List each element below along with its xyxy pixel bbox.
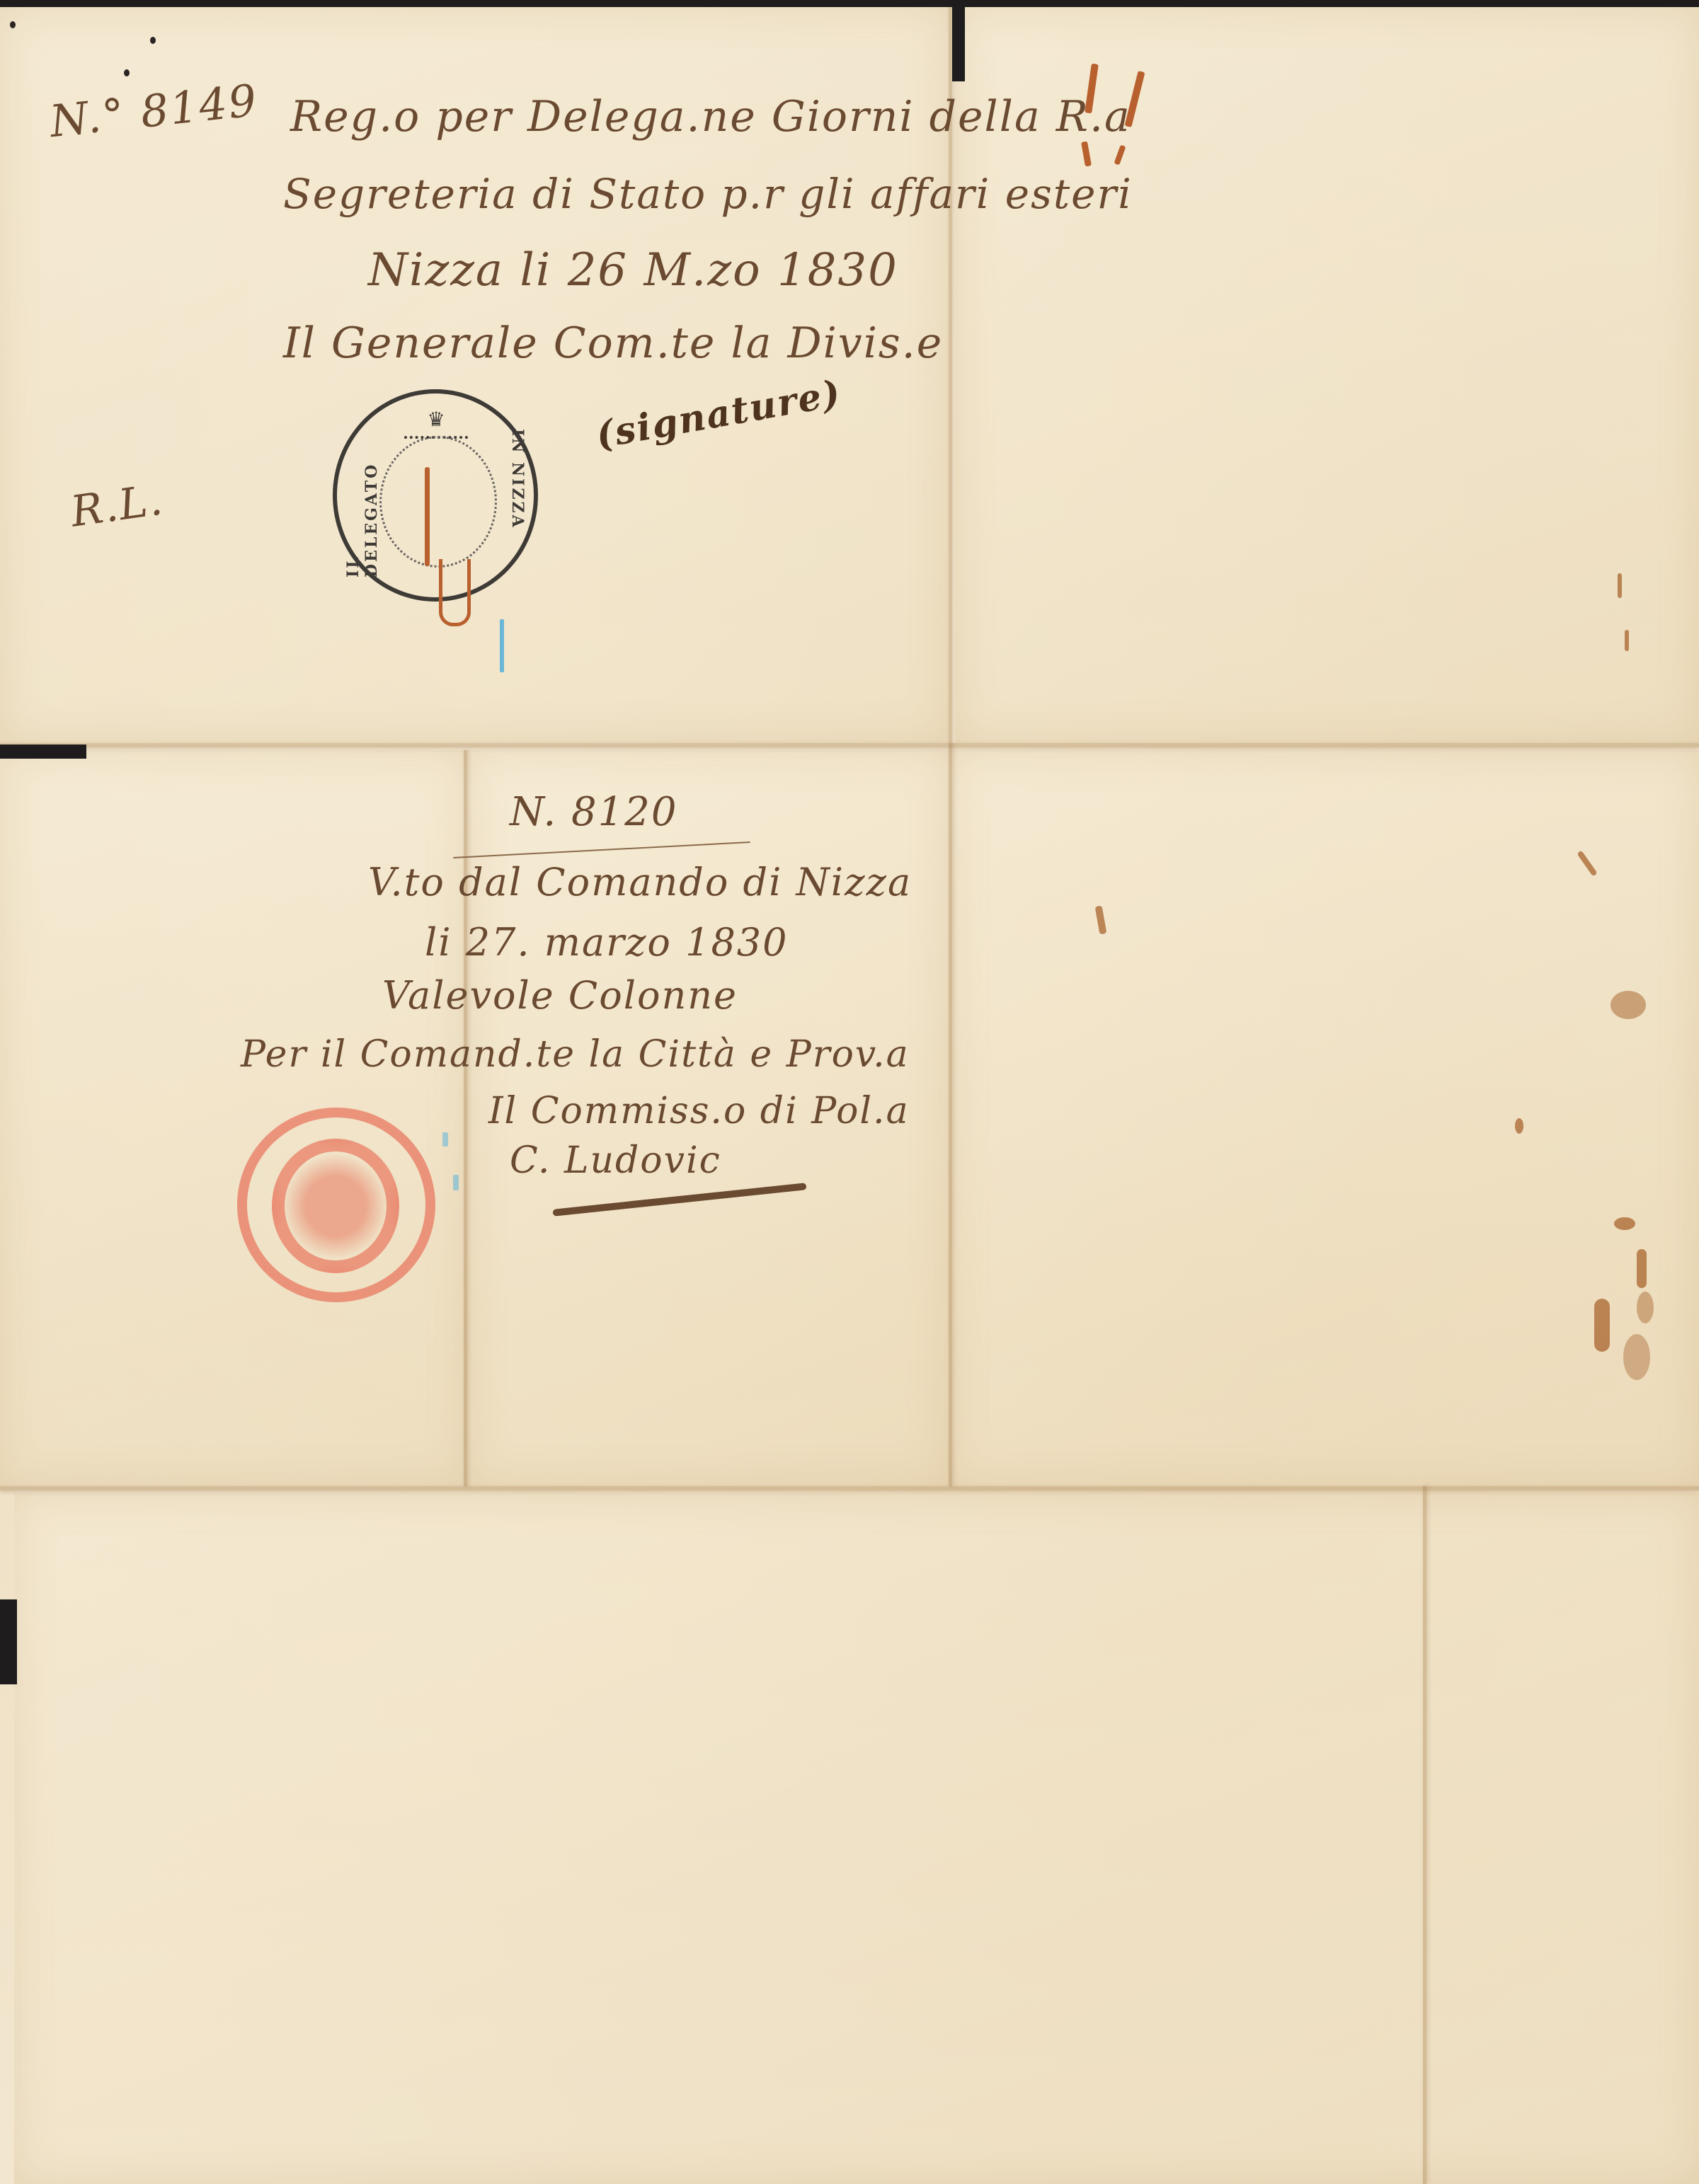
- ink-dot: [124, 69, 130, 76]
- stamp-coat-of-arms: [379, 436, 497, 568]
- red-pen-mark: [439, 559, 471, 626]
- blue-pencil-mark: [453, 1175, 459, 1190]
- red-pen-mark: [425, 467, 430, 566]
- ink-stain: [1618, 573, 1622, 598]
- ink-stain: [1623, 1334, 1650, 1380]
- red-seal-stamp: [237, 1108, 435, 1302]
- ink-stain: [1637, 1292, 1654, 1323]
- tear-top-edge: [0, 0, 1699, 7]
- ink-stain: [1637, 1249, 1647, 1288]
- fold-line-center: [949, 0, 952, 1486]
- ink-stain: [1594, 1299, 1610, 1352]
- middle-line-5: Il Commiss.o di Pol.a: [488, 1090, 910, 1132]
- middle-line-3: Valevole Colonne: [382, 973, 738, 1018]
- crown-icon: ♛: [404, 408, 468, 439]
- blue-pencil-mark: [500, 619, 504, 672]
- middle-line-4: Per il Comand.te la Città e Prov.a: [241, 1033, 910, 1076]
- registry-number-middle: N. 8120: [510, 789, 678, 835]
- tear-center-gap: [952, 0, 965, 81]
- ink-stain: [1625, 630, 1629, 651]
- stamp-text-right: IN NIZZA: [508, 429, 527, 570]
- delegato-nizza-stamp: ♛ IL DELEGATO IN NIZZA: [333, 389, 538, 602]
- fold-line-top: [0, 743, 1699, 747]
- tear-lower-left: [0, 1599, 17, 1684]
- middle-line-1: V.to dal Comando di Nizza: [368, 860, 912, 904]
- upper-line-1: Reg.o per Delega.ne Giorni della R.a: [290, 92, 1131, 142]
- letter-sheet: N.° 8149 Reg.o per Delega.ne Giorni dell…: [0, 0, 1699, 2184]
- blue-pencil-mark: [442, 1132, 448, 1146]
- stamp-text-left: IL DELEGATO: [344, 436, 381, 577]
- middle-line-2: li 27. marzo 1830: [425, 920, 789, 965]
- upper-line-3-date: Nizza li 26 M.zo 1830: [368, 244, 898, 297]
- fold-line-right: [1423, 1486, 1426, 2184]
- tear-left-slot: [0, 745, 86, 759]
- ink-stain: [1614, 1217, 1635, 1230]
- ink-dot: [150, 37, 156, 44]
- lower-panel: [14, 1493, 1699, 2184]
- upper-line-4: Il Generale Com.te la Divis.e: [283, 318, 943, 368]
- fold-line-bottom: [0, 1486, 1699, 1490]
- ink-stain: [1515, 1118, 1523, 1134]
- middle-line-6: C. Ludovic: [510, 1139, 721, 1182]
- ink-dot: [10, 21, 16, 28]
- upper-line-2: Segreteria di Stato p.r gli affari ester…: [283, 170, 1133, 218]
- ink-stain: [1611, 991, 1646, 1019]
- red-seal-coat-of-arms: [272, 1139, 399, 1273]
